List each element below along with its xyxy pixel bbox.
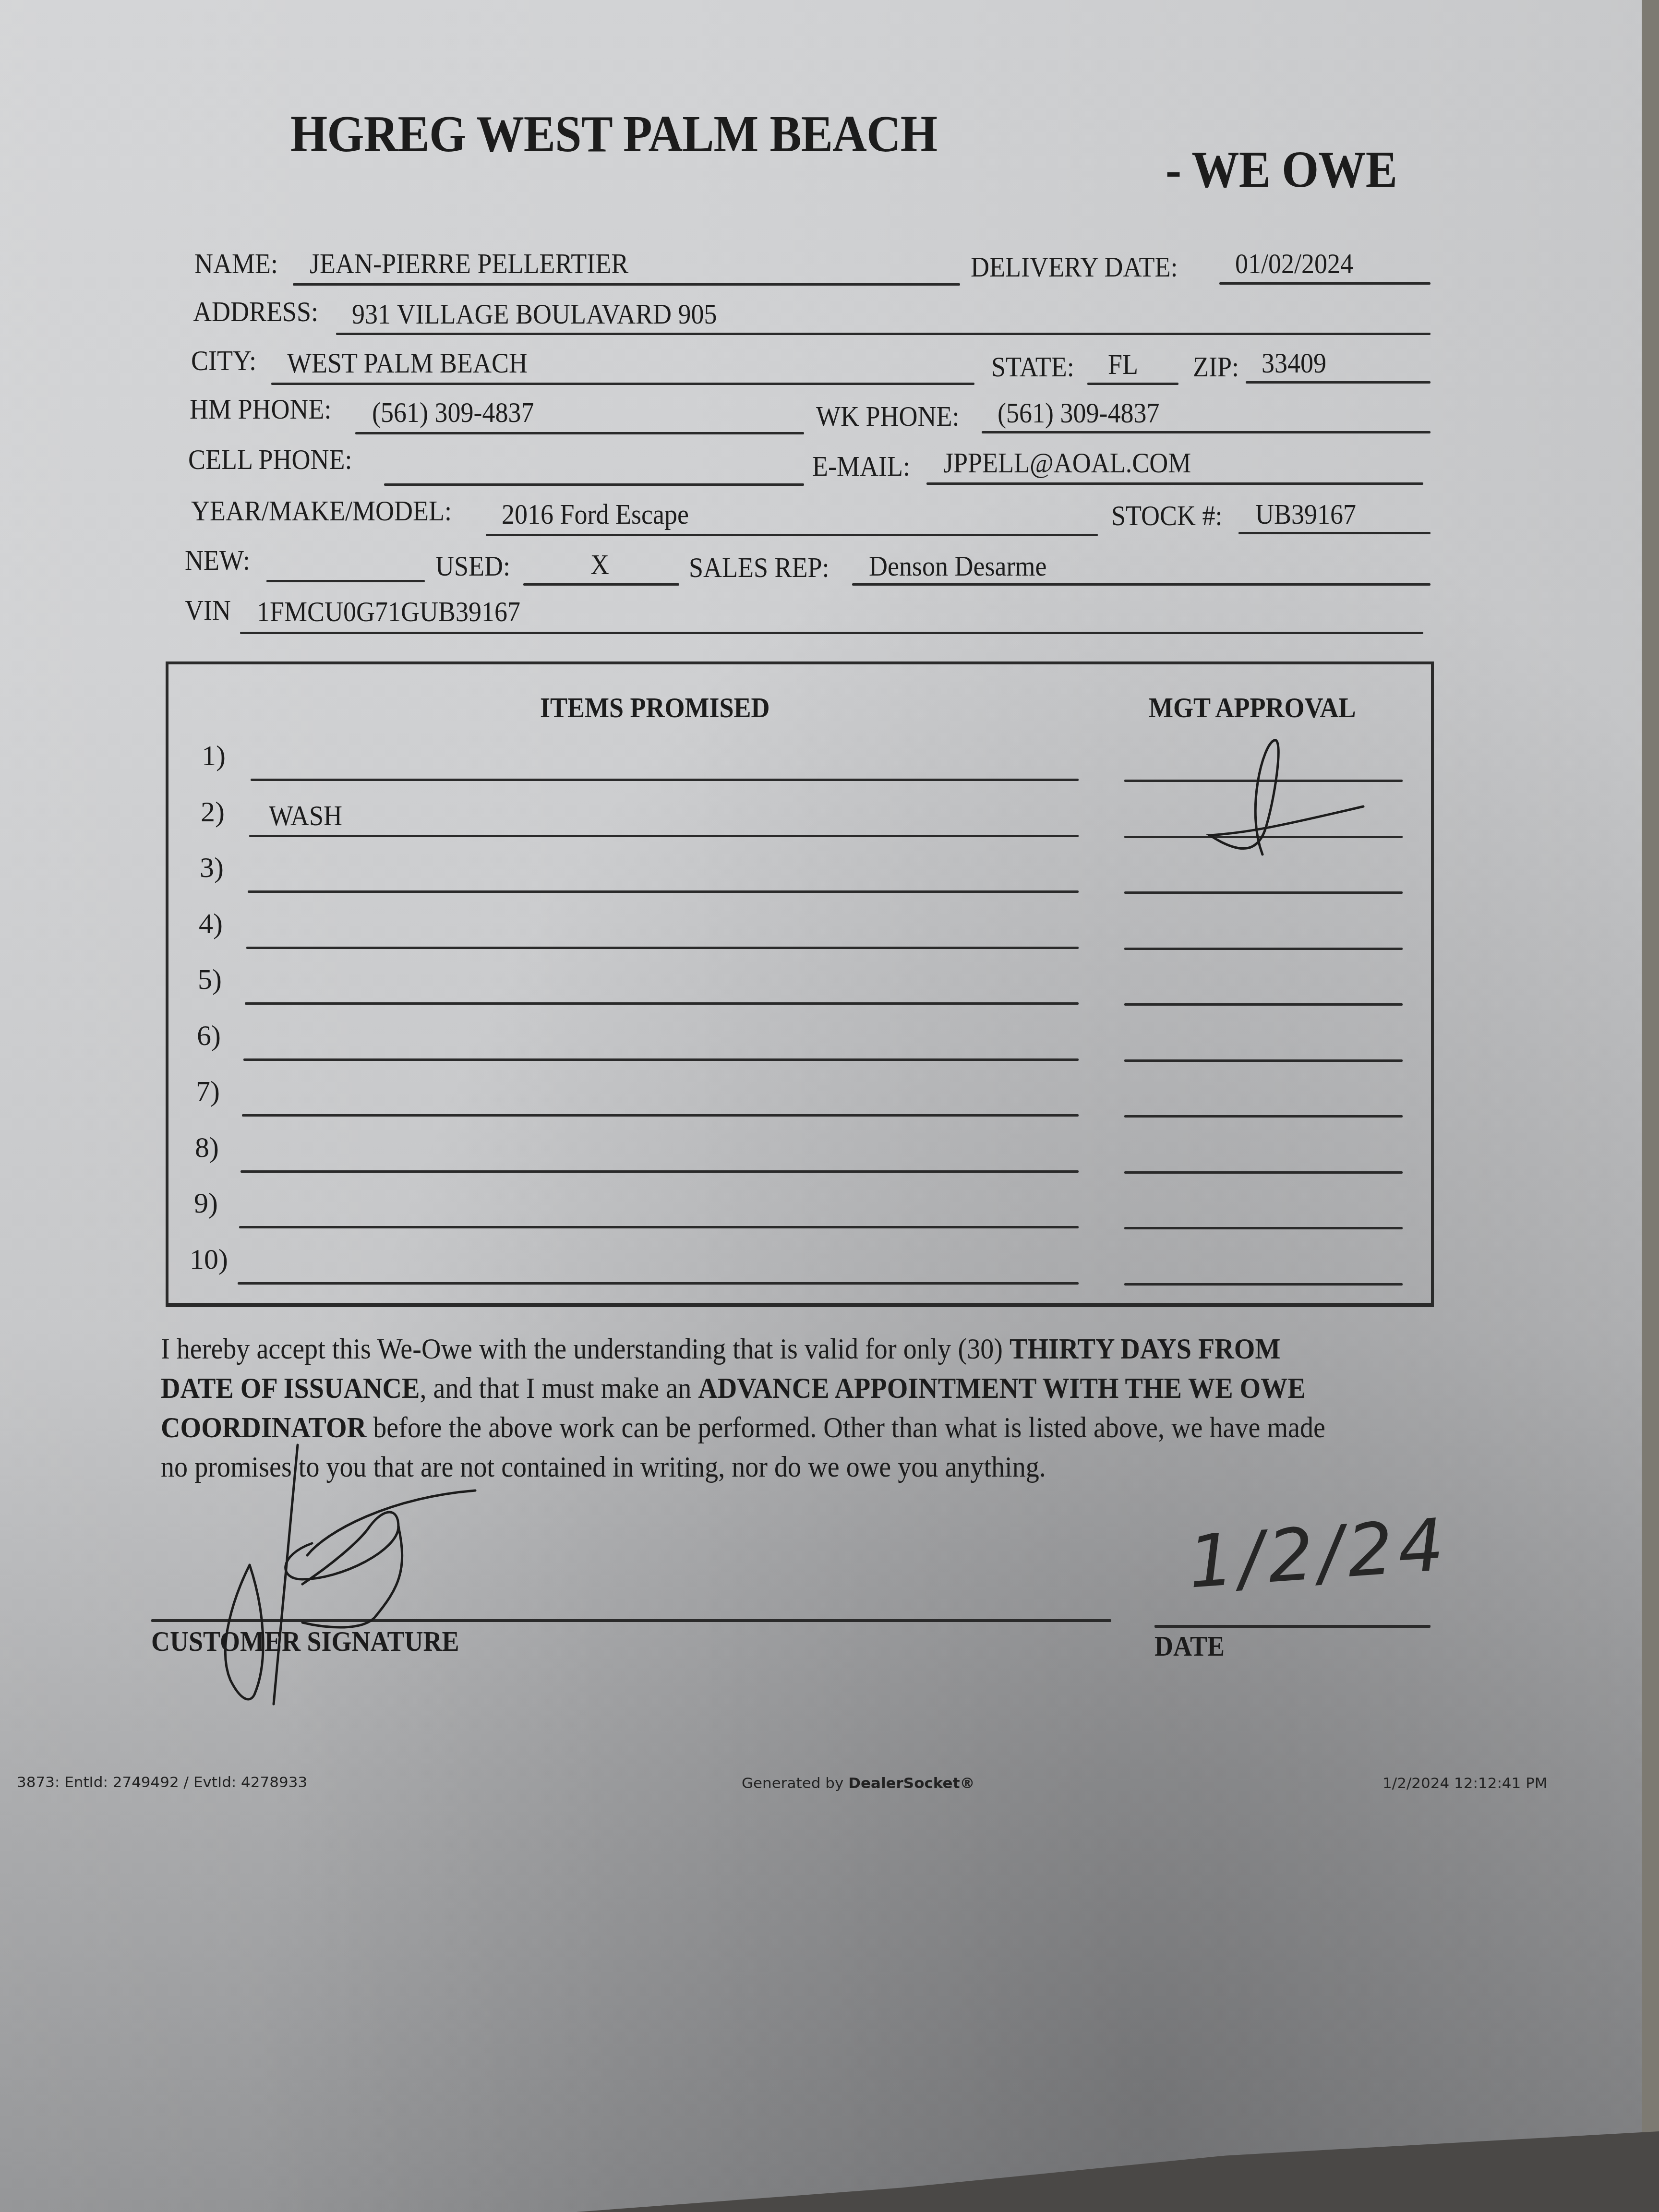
mgt-approval-field[interactable]: [1124, 1171, 1403, 1174]
wk-phone-label: WK PHONE:: [816, 400, 959, 433]
name-field[interactable]: JEAN-PIERRE PELLERTIER: [310, 247, 628, 280]
item-underline: [248, 890, 1079, 893]
delivery-date-underline: [1219, 282, 1431, 285]
stock-field[interactable]: UB39167: [1255, 498, 1356, 531]
hm-phone-label: HM PHONE:: [190, 393, 332, 426]
stock-label: STOCK #:: [1111, 499, 1223, 532]
item-promised-field[interactable]: [269, 855, 982, 889]
hm-phone-underline: [355, 432, 804, 434]
delivery-date-label: DELIVERY DATE:: [971, 251, 1178, 284]
stock-underline: [1238, 532, 1431, 534]
zip-underline: [1246, 381, 1431, 384]
item-row-number: 8): [195, 1131, 219, 1164]
item-promised-field[interactable]: [269, 1023, 982, 1057]
used-underline: [523, 583, 679, 586]
item-row-number: 10): [190, 1243, 228, 1276]
mgt-approval-field[interactable]: [1124, 1059, 1403, 1062]
item-promised-field[interactable]: [269, 1247, 982, 1280]
footer-generated: Generated by DealerSocket®: [742, 1775, 974, 1792]
item-promised-field[interactable]: [269, 1079, 982, 1112]
item-underline: [242, 1114, 1079, 1117]
item-promised-field[interactable]: [269, 911, 982, 945]
date-label: DATE: [1154, 1630, 1225, 1663]
item-row-number: 2): [201, 795, 225, 829]
item-row-number: 5): [198, 963, 222, 996]
item-underline: [246, 947, 1079, 949]
address-label: ADDRESS:: [193, 295, 318, 328]
city-label: CITY:: [191, 344, 256, 377]
customer-signature[interactable]: [158, 1435, 686, 1714]
name-underline: [293, 283, 960, 286]
cell-phone-underline: [384, 483, 804, 486]
used-field[interactable]: X: [590, 548, 609, 581]
city-field[interactable]: WEST PALM BEACH: [287, 347, 528, 380]
item-promised-field[interactable]: WASH: [269, 799, 982, 833]
name-label: NAME:: [194, 247, 278, 280]
form-title: - WE OWE: [1166, 140, 1397, 200]
footer-timestamp: 1/2/2024 12:12:41 PM: [1382, 1775, 1548, 1792]
item-row-number: 6): [197, 1019, 221, 1052]
sales-rep-label: SALES REP:: [689, 551, 829, 584]
item-underline: [243, 1058, 1079, 1061]
delivery-date-field[interactable]: 01/02/2024: [1235, 247, 1353, 280]
dealer-title: HGREG WEST PALM BEACH: [290, 105, 937, 164]
new-label: NEW:: [185, 544, 250, 577]
mgt-approval-field[interactable]: [1124, 1115, 1403, 1118]
ymm-field[interactable]: 2016 Ford Escape: [502, 498, 689, 531]
used-label: USED:: [435, 550, 510, 583]
footer-ids: 3873: EntId: 2749492 / EvtId: 4278933: [17, 1774, 307, 1791]
item-promised-field[interactable]: [269, 1190, 982, 1224]
email-label: E-MAIL:: [812, 450, 910, 483]
item-row-number: 3): [200, 851, 224, 884]
ymm-underline: [486, 534, 1098, 536]
wk-phone-field[interactable]: (561) 309-4837: [998, 397, 1159, 430]
state-label: STATE:: [991, 350, 1074, 384]
email-underline: [926, 482, 1423, 485]
zip-field[interactable]: 33409: [1262, 347, 1326, 380]
terms-text-2: , and that I must make an: [420, 1372, 698, 1405]
zip-label: ZIP:: [1193, 350, 1239, 384]
item-underline: [239, 1226, 1079, 1228]
mgt-approval-field[interactable]: [1124, 1283, 1403, 1286]
generated-brand: DealerSocket®: [848, 1775, 974, 1792]
vin-field[interactable]: 1FMCU0G71GUB39167: [257, 595, 520, 628]
item-row-number: 7): [196, 1075, 220, 1108]
state-field[interactable]: FL: [1108, 348, 1138, 381]
mgt-approval-header: MGT APPROVAL: [1149, 691, 1356, 724]
date-signature-line: [1154, 1625, 1431, 1628]
item-underline: [240, 1170, 1079, 1173]
terms-text-1: I hereby accept this We-Owe with the und…: [161, 1333, 1010, 1365]
item-promised-field[interactable]: [269, 743, 982, 777]
sales-rep-underline: [852, 583, 1431, 586]
ymm-label: YEAR/MAKE/MODEL:: [191, 494, 452, 528]
generated-prefix: Generated by: [742, 1775, 848, 1792]
mgt-approval-field[interactable]: [1124, 1003, 1403, 1006]
wk-phone-underline: [982, 431, 1431, 433]
mgt-approval-field[interactable]: [1124, 1227, 1403, 1229]
item-underline: [245, 1002, 1079, 1005]
address-underline: [336, 333, 1431, 335]
address-field[interactable]: 931 VILLAGE BOULAVARD 905: [352, 298, 717, 331]
manager-approval-signature: [1190, 734, 1382, 869]
item-row-number: 9): [194, 1187, 218, 1220]
item-underline: [251, 779, 1079, 781]
vin-underline: [240, 632, 1423, 634]
item-underline: [238, 1282, 1079, 1285]
email-field[interactable]: JPPELL@AOAL.COM: [943, 446, 1191, 480]
state-underline: [1087, 383, 1178, 385]
mgt-approval-field[interactable]: [1124, 948, 1403, 950]
item-row-number: 4): [199, 907, 223, 940]
background-surface: [1642, 0, 1659, 2212]
new-underline: [266, 580, 425, 582]
vin-label: VIN: [185, 594, 231, 627]
item-underline: [249, 835, 1079, 837]
item-row-number: 1): [202, 739, 226, 772]
sales-rep-field[interactable]: Denson Desarme: [869, 550, 1046, 583]
items-promised-header: ITEMS PROMISED: [540, 691, 770, 724]
item-promised-field[interactable]: [269, 967, 982, 1000]
mgt-approval-field[interactable]: [1124, 891, 1403, 894]
city-underline: [271, 383, 974, 385]
item-promised-field[interactable]: [269, 1135, 982, 1168]
hm-phone-field[interactable]: (561) 309-4837: [372, 396, 534, 429]
cell-phone-label: CELL PHONE:: [188, 443, 352, 476]
